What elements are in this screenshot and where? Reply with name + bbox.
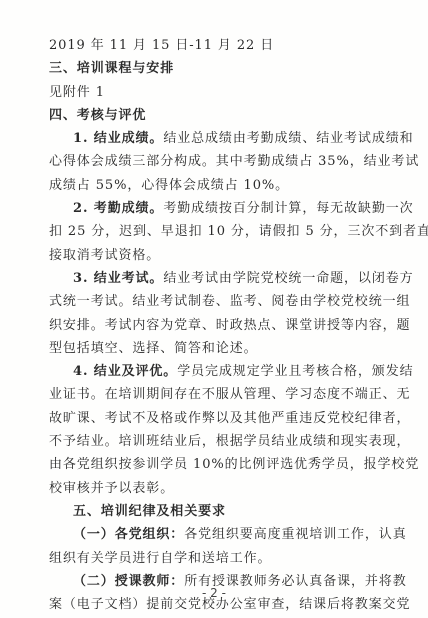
- document-body: 2019 年 11 月 15 日-11 月 22 日 三、培训课程与安排 见附件…: [49, 34, 361, 616]
- paragraph-lead: 3. 结业考试。: [73, 271, 163, 286]
- paragraph-final-exam: 3. 结业考试。结业考试由学院党校统一命题，以闭卷方 式统一考试。结业考试制卷、…: [49, 267, 361, 360]
- section-5-heading: 五、培训纪律及相关要求: [49, 500, 361, 523]
- section-3-body: 见附件 1: [49, 81, 361, 104]
- paragraph-lead: 2. 考勤成绩。: [73, 201, 163, 216]
- section-3-heading: 三、培训课程与安排: [49, 57, 361, 80]
- paragraph-attendance: 2. 考勤成绩。考勤成绩按百分制计算，每无故缺勤一次 扣 25 分，迟到、早退扣…: [49, 197, 361, 267]
- date-range: 2019 年 11 月 15 日-11 月 22 日: [49, 34, 361, 57]
- document-page: 2019 年 11 月 15 日-11 月 22 日 三、培训课程与安排 见附件…: [0, 0, 428, 618]
- page-number: - 2 -: [0, 586, 428, 600]
- paragraph-lead: （一）各党组织：: [73, 527, 184, 542]
- section-4-heading: 四、考核与评优: [49, 104, 361, 127]
- paragraph-completion-awards: 4. 结业及评优。学员完成规定学业且考核合格，颁发结 业证书。在培训期间存在不服…: [49, 360, 361, 500]
- paragraph-lead: 4. 结业及评优。: [73, 364, 177, 379]
- paragraph-party-organizations: （一）各党组织：各党组织要高度重视培训工作，认真 组织有关学员进行自学和送培工作…: [49, 523, 361, 570]
- paragraph-final-grade: 1. 结业成绩。结业总成绩由考勤成绩、结业考试成绩和 心得体会成绩三部分构成。其…: [49, 127, 361, 197]
- paragraph-lead: 1. 结业成绩。: [73, 131, 163, 146]
